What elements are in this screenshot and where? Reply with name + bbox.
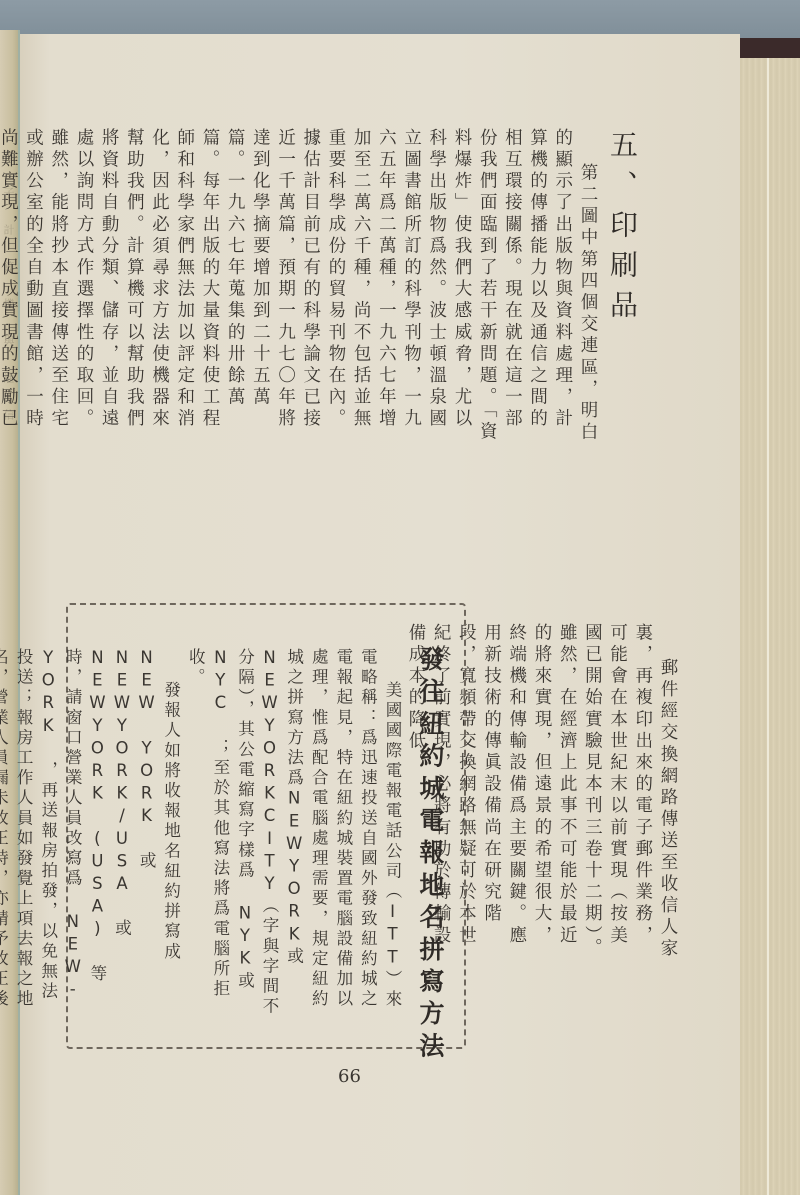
notice-paragraph-instructions: 發報人如將收報地名紐約拼寫成 NEW YORK 或 NEWYORK/USA 或 … <box>0 648 183 1018</box>
page-gap <box>767 58 769 1195</box>
paragraph-information-explosion: 第二圖中第四個交連區，明白的顯示了出版物與資料處理，計算機的傳播能力以及通信之間… <box>0 128 600 448</box>
page-stack-edge <box>737 58 800 1195</box>
article-body: 第二圖中第四個交連區，明白的顯示了出版物與資料處理，計算機的傳播能力以及通信之間… <box>40 128 600 448</box>
page-number: 66 <box>338 1066 361 1087</box>
notice-title: 發往紐約城電報地名拼寫方法 <box>412 646 448 1065</box>
notice-paragraph-rules: 美國國際電報電話公司（ITT）來電略稱：爲迅速投送自國外發致紐約城之電報起見，特… <box>183 648 404 1018</box>
electronic-mail-paragraph: 郵件經交換網路傳送至收信人家裏，再複印出來的電子郵件業務，可能會在本世紀末以前實… <box>480 623 680 963</box>
notice-body: 美國國際電報電話公司（ITT）來電略稱：爲迅速投送自國外發致紐約城之電報起見，特… <box>92 648 404 1018</box>
section-heading: 五、印刷品 <box>602 130 642 330</box>
